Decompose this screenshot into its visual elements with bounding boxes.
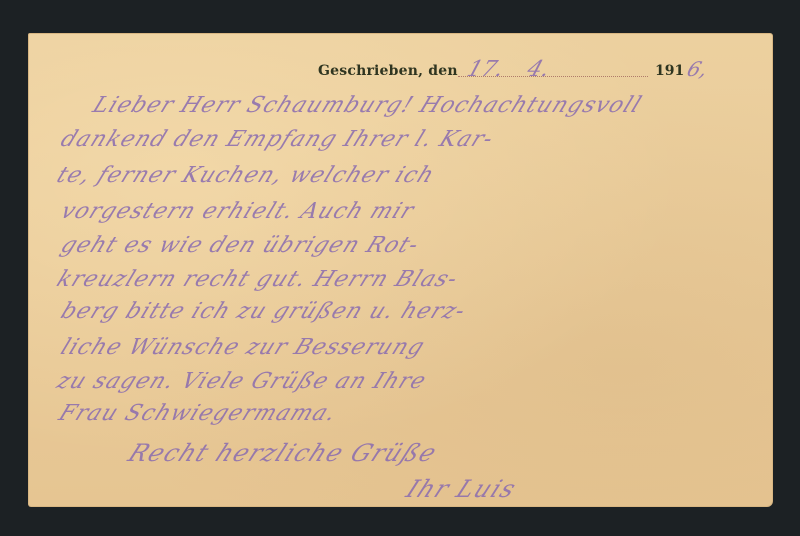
letter-line: Lieber Herr Schaumburg! Hochachtungsvoll (89, 93, 646, 118)
printed-year-prefix: 191 (655, 63, 684, 79)
letter-line: geht es wie den übrigen Rot- (57, 233, 423, 258)
letter-line: te, ferner Kuchen, welcher ich (53, 163, 439, 188)
letter-line: Frau Schwiegermama. (55, 401, 341, 426)
handwritten-day: 17. (464, 57, 507, 82)
letter-line: dankend den Empfang Ihrer l. Kar- (57, 127, 498, 152)
letter-line: liche Wünsche zur Besserung (57, 335, 429, 360)
letter-line: kreuzlern recht gut. Herrn Blas- (53, 267, 462, 292)
letter-closing: Recht herzliche Grüße (124, 439, 443, 467)
printed-date-label: Geschrieben, den (318, 63, 458, 79)
date-header: Geschrieben, den 17. 4. 191 6, (318, 59, 758, 81)
handwritten-month: 4. (524, 57, 553, 82)
handwritten-year-suffix: 6, (684, 57, 711, 81)
letter-line: zu sagen. Viele Grüße an Ihre (53, 369, 431, 394)
letter-line: vorgestern erhielt. Auch mir (57, 199, 418, 224)
postcard: Geschrieben, den 17. 4. 191 6, Lieber He… (28, 33, 773, 507)
letter-line: berg bitte ich zu grüßen u. herz- (57, 299, 470, 324)
letter-signature: Ihr Luis (402, 475, 522, 503)
